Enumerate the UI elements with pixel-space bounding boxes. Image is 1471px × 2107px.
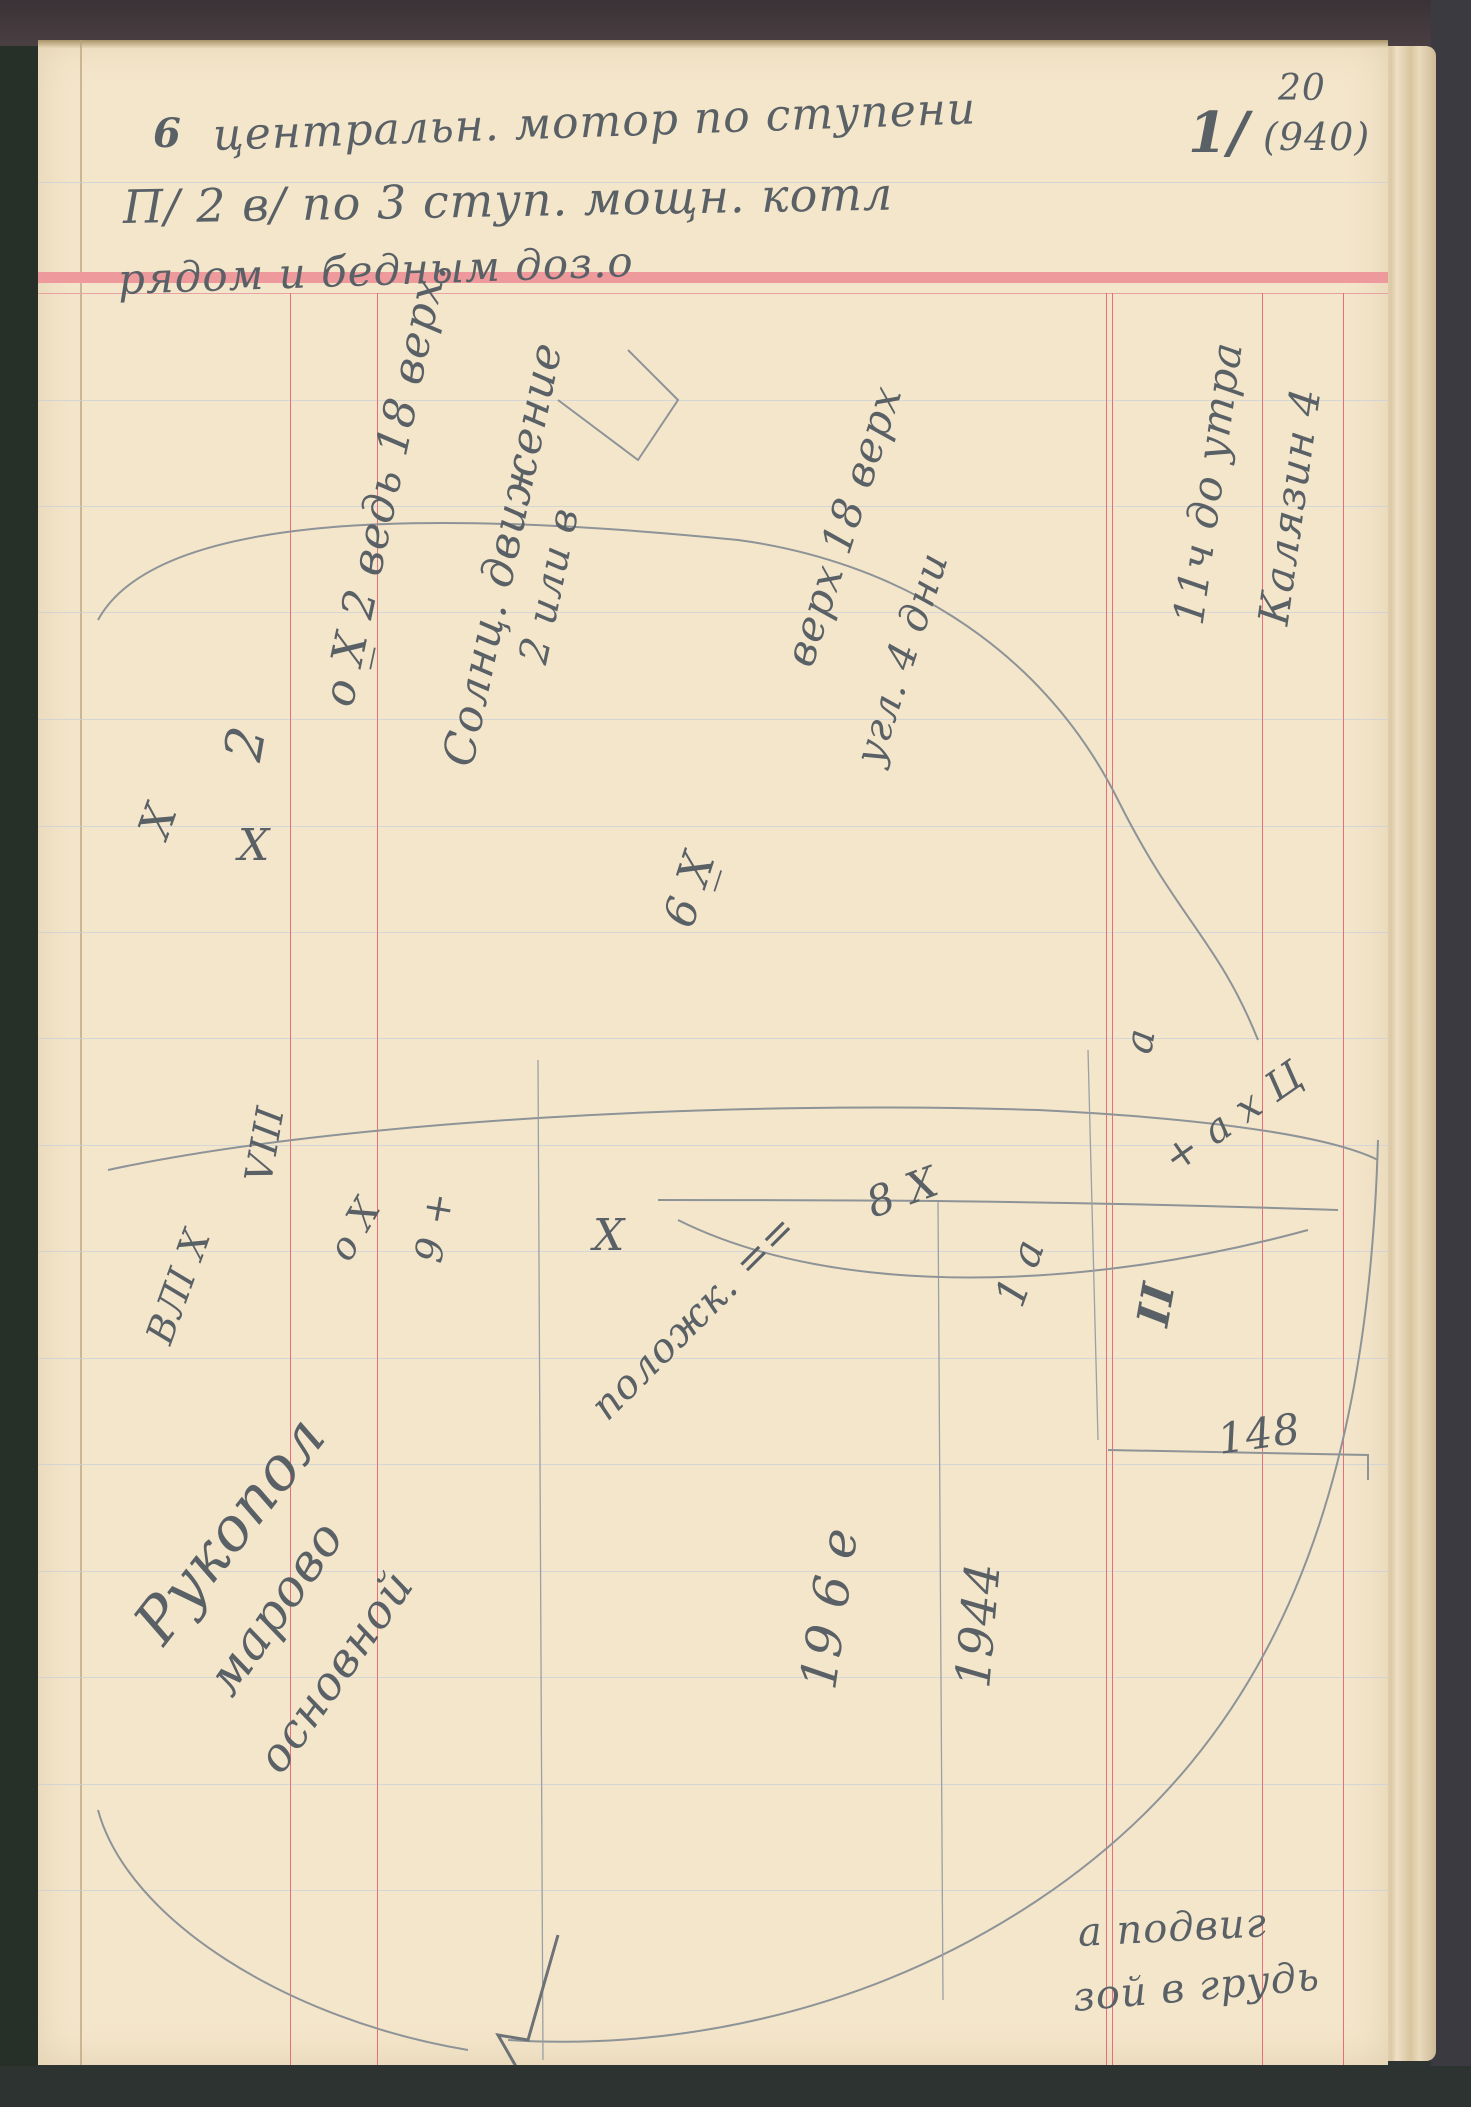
pencil-sketch-arcs xyxy=(38,40,1388,2065)
date-year: (940) xyxy=(1263,115,1370,159)
page-stack-edges xyxy=(1380,46,1436,2061)
bottom-number-1944: 1944 xyxy=(945,1560,1012,1691)
symbol-x-center: X xyxy=(593,1210,625,1261)
notebook-cover-right xyxy=(1431,0,1471,2107)
notebook-cover-bottom xyxy=(0,2066,1471,2107)
mid-right-ii: II xyxy=(1128,1279,1186,1330)
date-day: 20 xyxy=(1278,68,1326,109)
notebook-cover-left xyxy=(0,0,38,2107)
page-number-mark: 6 xyxy=(153,110,182,157)
left-symbol-x2: X xyxy=(238,820,270,871)
fraction-mark: 1/ xyxy=(1188,100,1249,166)
notebook-page: 6 центральн. мотор по ступени П/ 2 в/ по… xyxy=(38,40,1388,2065)
